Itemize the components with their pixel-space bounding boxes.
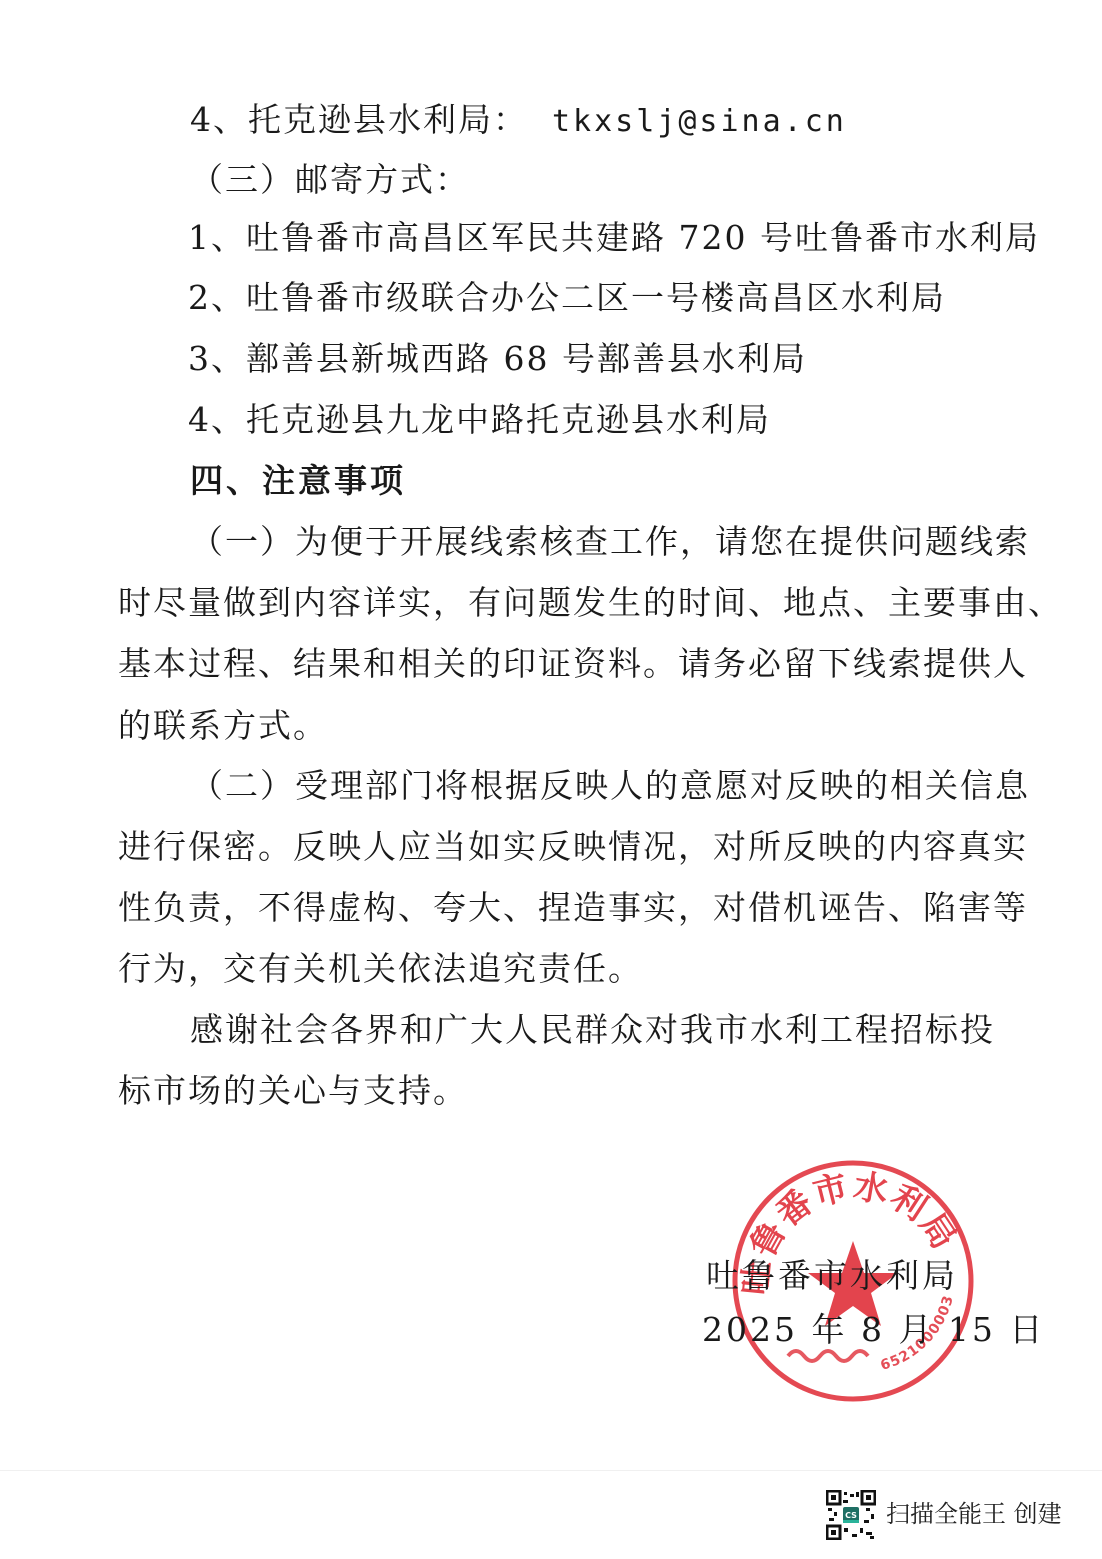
paragraph-1-line-2: 时尽量做到内容详实，有问题发生的时间、地点、主要事由、 (118, 583, 1063, 623)
closing-line-1: 感谢社会各界和广大人民群众对我市水利工程招标投 (190, 1010, 995, 1050)
email-item-label: 4、托克逊县水利局： (190, 100, 528, 139)
mail-item-2: 2、吐鲁番市级联合办公二区一号楼高昌区水利局 (188, 278, 946, 318)
mail-item-3: 3、鄯善县新城西路 68 号鄯善县水利局 (188, 339, 807, 379)
qr-code-icon[interactable]: CS (826, 1490, 876, 1540)
closing-line-2: 标市场的关心与支持。 (118, 1071, 468, 1111)
signature-org: 吐鲁番市水利局 (706, 1256, 958, 1296)
cs-badge: CS (845, 1511, 857, 1520)
email-item-4: 4、托克逊县水利局：tkxslj@sina.cn (190, 100, 847, 142)
paragraph-2-line-4: 行为，交有关机关依法追究责任。 (118, 949, 643, 989)
mail-section-title: （三）邮寄方式： (190, 160, 470, 200)
signature-date: 2025 年 8 月 15 日 (702, 1310, 1045, 1350)
mail-item-1: 1、吐鲁番市高昌区军民共建路 720 号吐鲁番市水利局 (188, 218, 1040, 258)
document-page: 4、托克逊县水利局：tkxslj@sina.cn （三）邮寄方式： 1、吐鲁番市… (0, 0, 1102, 1470)
paragraph-1-line-3: 基本过程、结果和相关的印证资料。请务必留下线索提供人 (118, 644, 1028, 684)
email-address: tkxslj@sina.cn (552, 104, 847, 139)
notes-section-title: 四、注意事项 (190, 461, 406, 501)
paragraph-2-line-1: （二）受理部门将根据反映人的意愿对反映的相关信息 (190, 766, 1030, 806)
paragraph-1-line-1: （一）为便于开展线索核查工作，请您在提供问题线索 (190, 522, 1030, 562)
paragraph-1-line-4: 的联系方式。 (118, 706, 328, 746)
paragraph-2-line-2: 进行保密。反映人应当如实反映情况，对所反映的内容真实 (118, 827, 1028, 867)
scanner-brand-label: 扫描全能王 创建 (886, 1497, 1062, 1531)
mail-item-4: 4、托克逊县九龙中路托克逊县水利局 (188, 400, 771, 440)
paragraph-2-line-3: 性负责，不得虚构、夸大、捏造事实，对借机诬告、陷害等 (118, 888, 1028, 928)
